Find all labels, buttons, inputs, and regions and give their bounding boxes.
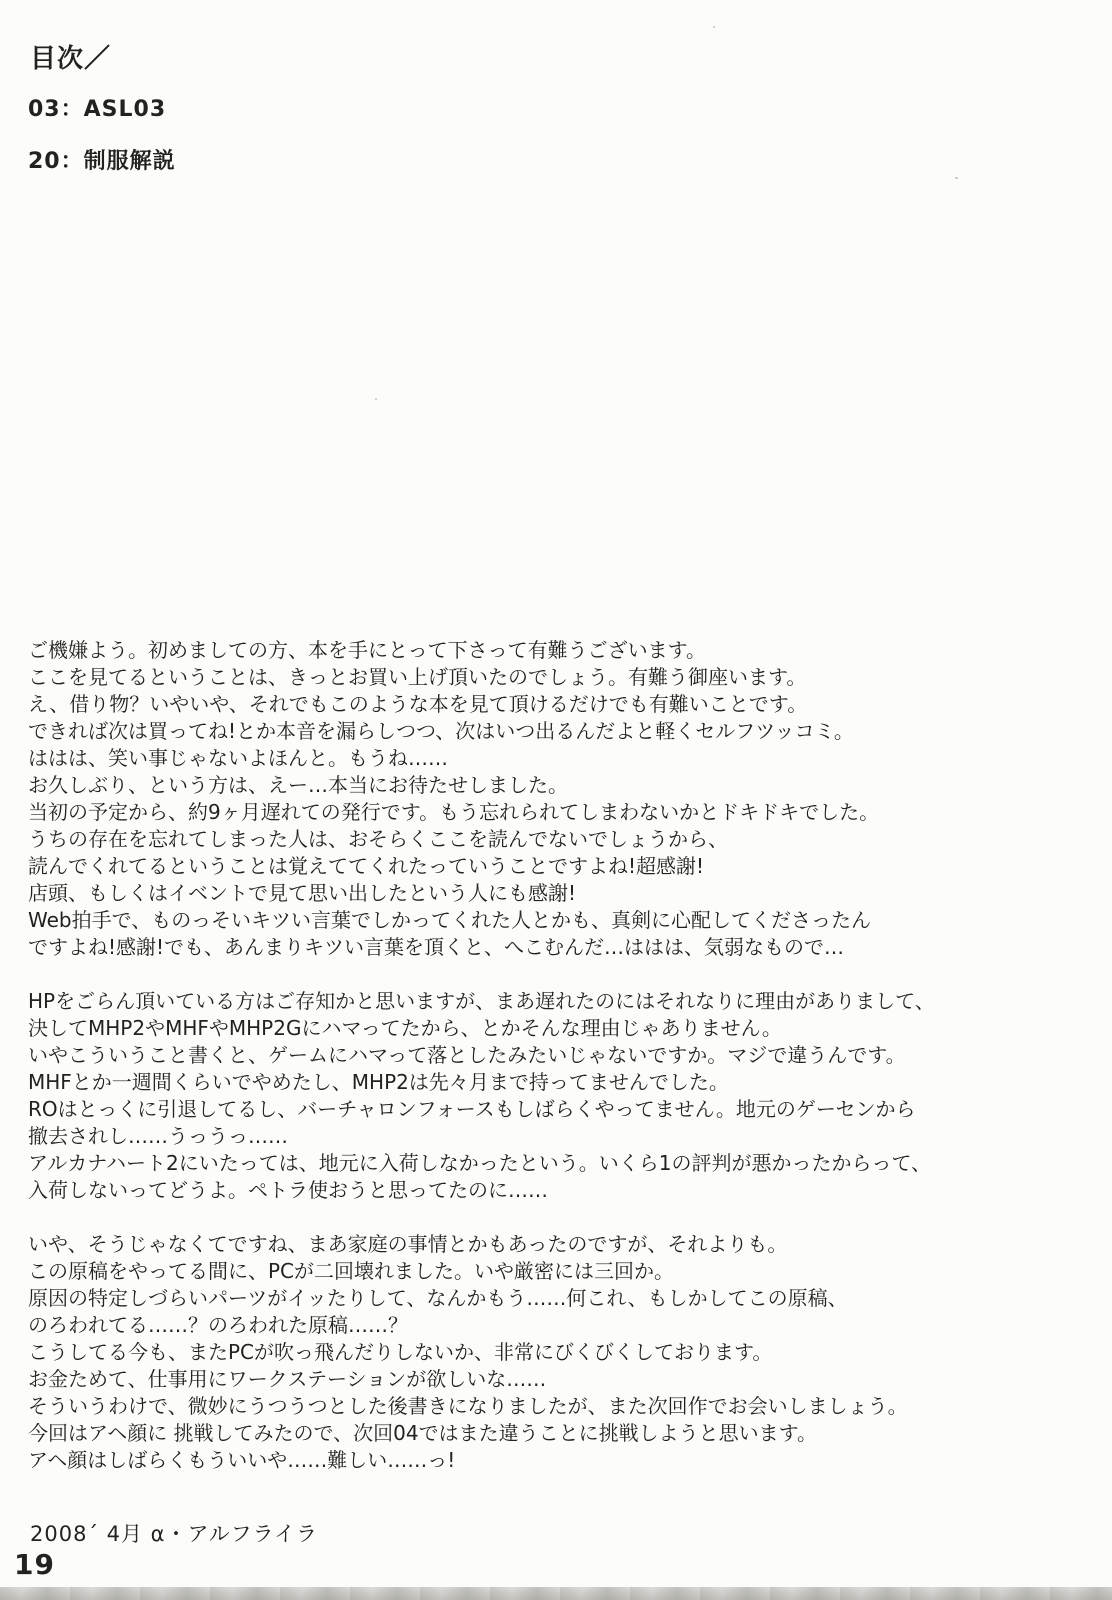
text-line: ROはとっくに引退してるし、バーチャロンフォースもしばらくやってません。地元のゲ… [28, 1096, 1088, 1123]
text-line: ははは、笑い事じゃないよほんと。もうね…… [28, 745, 1088, 772]
text-line: 入荷しないってどうよ。ペトラ使おうと思ってたのに…… [28, 1177, 1088, 1204]
text-line: 決してMHP2やMHFやMHP2Gにハマってたから、とかそんな理由じゃありません… [28, 1015, 1088, 1042]
toc-title: 目次／ [30, 38, 111, 75]
scan-speck [375, 398, 377, 400]
text-line: MHFとか一週間くらいでやめたし、MHP2は先々月まで持ってませんでした。 [28, 1069, 1088, 1096]
page-number: 19 [14, 1548, 55, 1581]
toc-item-uniform-commentary: 20：制服解説 [28, 144, 176, 175]
scan-edge-shadow [0, 1587, 1112, 1600]
text-line: え、借り物？いやいや、それでもこのような本を見て頂けるだけでも有難いことです。 [28, 691, 1088, 718]
scan-speck [713, 26, 715, 28]
text-line: うちの存在を忘れてしまった人は、おそらくここを読んでないでしょうから、 [28, 826, 1088, 853]
text-line: アルカナハート2にいたっては、地元に入荷しなかったという。いくら1の評判が悪かっ… [28, 1150, 1088, 1177]
text-line: のろわれてる……？のろわれた原稿……？ [28, 1312, 1088, 1339]
text-line: いや、そうじゃなくてですね、まあ家庭の事情とかもあったのですが、それよりも。 [28, 1231, 1088, 1258]
text-line: アヘ顔はしばらくもういいや……難しい……っ! [28, 1447, 1088, 1474]
afterword-paragraph-3: いや、そうじゃなくてですね、まあ家庭の事情とかもあったのですが、それよりも。この… [28, 1231, 1088, 1474]
text-line: 撤去されし……うっうっ…… [28, 1123, 1088, 1150]
text-line: この原稿をやってる間に、PCが二回壊れました。いや厳密には三回か。 [28, 1258, 1088, 1285]
text-line: ですよね!感謝!でも、あんまりキツい言葉を頂くと、へこむんだ…ははは、気弱なもの… [28, 934, 1088, 961]
text-line: こうしてる今も、またPCが吹っ飛んだりしないか、非常にびくびくしております。 [28, 1339, 1088, 1366]
text-line: できれば次は買ってね!とか本音を漏らしつつ、次はいつ出るんだよと軽くセルフツッコ… [28, 718, 1088, 745]
text-line: 読んでくれてるということは覚えててくれたっていうことですよね!超感謝! [28, 853, 1088, 880]
toc-item-asl03: 03：ASL03 [28, 92, 166, 123]
text-line: Web拍手で、ものっそいキツい言葉でしかってくれた人とかも、真剣に心配してくださ… [28, 907, 1088, 934]
text-line: 原因の特定しづらいパーツがイッたりして、なんかもう……何これ、もしかしてこの原稿… [28, 1285, 1088, 1312]
text-line: お久しぶり、という方は、えー…本当にお待たせしました。 [28, 772, 1088, 799]
text-line: いやこういうこと書くと、ゲームにハマって落としたみたいじゃないですか。マジで違う… [28, 1042, 1088, 1069]
scan-speck [955, 177, 958, 179]
afterword-paragraph-2: HPをごらん頂いている方はご存知かと思いますが、まあ遅れたのにはそれなりに理由が… [28, 988, 1088, 1204]
afterword-text: ご機嫌よう。初めましての方、本を手にとって下さって有難うございます。ここを見てる… [28, 637, 1088, 1474]
text-line: 今回はアヘ顔に 挑戦してみたので、次回04ではまた違うことに挑戦しようと思います… [28, 1420, 1088, 1447]
afterword-paragraph-1: ご機嫌よう。初めましての方、本を手にとって下さって有難うございます。ここを見てる… [28, 637, 1088, 961]
date-signature: 2008´ 4月 α・アルフライラ [30, 1518, 318, 1548]
text-line: お金ためて、仕事用にワークステーションが欲しいな…… [28, 1366, 1088, 1393]
text-line: そういうわけで、微妙にうつうつとした後書きになりましたが、また次回作でお会いしま… [28, 1393, 1088, 1420]
text-line: 当初の予定から、約9ヶ月遅れての発行です。もう忘れられてしまわないかとドキドキで… [28, 799, 1088, 826]
text-line: HPをごらん頂いている方はご存知かと思いますが、まあ遅れたのにはそれなりに理由が… [28, 988, 1088, 1015]
text-line: ここを見てるということは、きっとお買い上げ頂いたのでしょう。有難う御座います。 [28, 664, 1088, 691]
text-line: ご機嫌よう。初めましての方、本を手にとって下さって有難うございます。 [28, 637, 1088, 664]
scanned-afterword-page: 目次／ 03：ASL03 20：制服解説 ご機嫌よう。初めましての方、本を手にと… [0, 0, 1112, 1600]
text-line: 店頭、もしくはイベントで見て思い出したという人にも感謝! [28, 880, 1088, 907]
